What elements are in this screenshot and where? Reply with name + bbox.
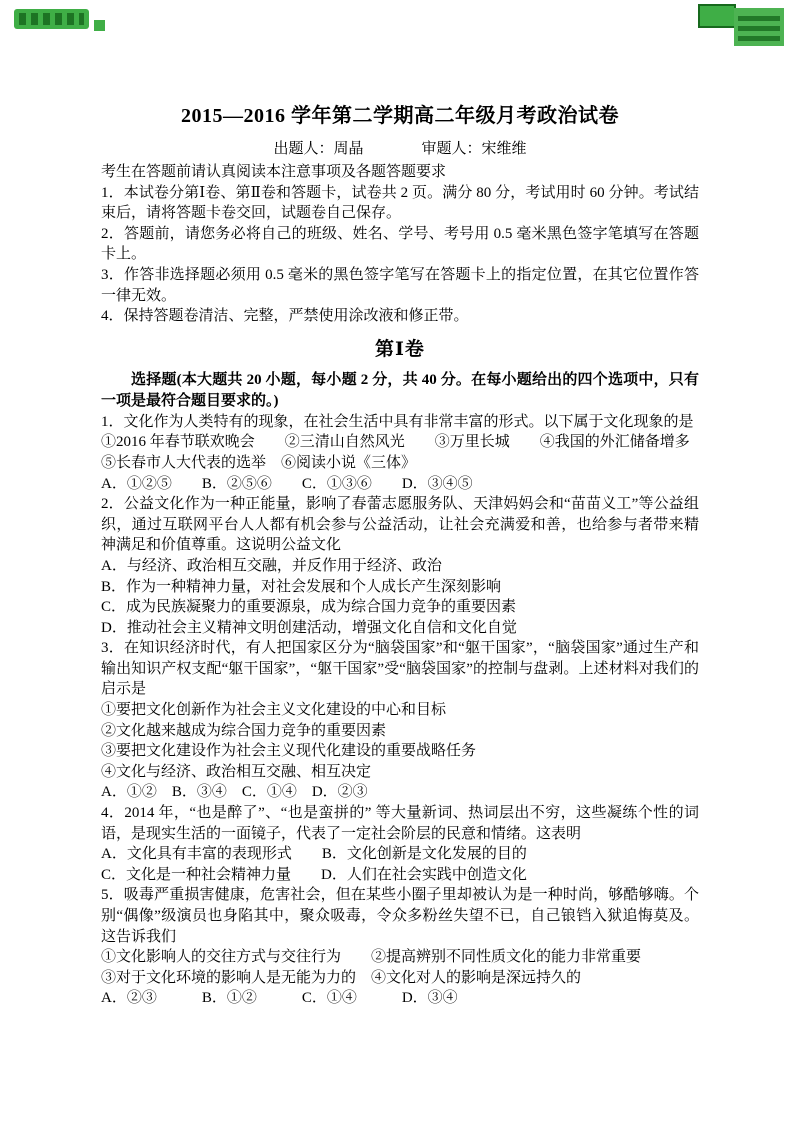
- green-watermark-right-icon: [698, 3, 784, 46]
- question-line: ③对于文化环境的影响人是无能为力的 ④文化对人的影响是深远持久的: [101, 968, 699, 989]
- question: 5．吸毒严重损害健康，危害社会，但在某些小圈子里却被认为是一种时尚，够酷够嗨。个…: [101, 885, 699, 1009]
- notice-item: 3．作答非选择题必须用 0.5 毫米的黑色签字笔写在答题卡上的指定位置，在其它位…: [101, 265, 699, 306]
- question: 2．公益文化作为一种正能量，影响了春蕾志愿服务队、天津妈妈会和“苗苗义工”等公益…: [101, 494, 699, 638]
- green-watermark-right-glyphs: [738, 13, 780, 41]
- byline-reviewer: 审题人：宋维维: [422, 141, 527, 157]
- question-line: A．文化具有丰富的表现形式 B．文化创新是文化发展的目的: [101, 844, 699, 865]
- question-line: A．①②⑤ B．②⑤⑥ C．①③⑥ D．③④⑤: [101, 474, 699, 495]
- question-line: A．①② B．③④ C．①④ D．②③: [101, 782, 699, 803]
- section-instructions: 选择题(本大题共 20 小题，每小题 2 分，共 40 分。在每小题给出的四个选…: [101, 370, 699, 412]
- notice-list: 1．本试卷分第Ⅰ卷、第Ⅱ卷和答题卡，试卷共 2 页。满分 80 分，考试用时 6…: [101, 183, 699, 327]
- notice-item: 1．本试卷分第Ⅰ卷、第Ⅱ卷和答题卡，试卷共 2 页。满分 80 分，考试用时 6…: [101, 183, 699, 224]
- question-line: D．推动社会主义精神文明创建活动，增强文化自信和文化自觉: [101, 618, 699, 639]
- green-watermark-left-icon: [14, 9, 89, 29]
- question-line: ①2016 年春节联欢晚会 ②三清山自然风光 ③万里长城 ④我国的外汇储备增多: [101, 432, 699, 453]
- green-watermark-right-stamp: [734, 8, 784, 46]
- green-watermark-dot-icon: [94, 20, 105, 31]
- question: 1．文化作为人类特有的现象，在社会生活中具有非常丰富的形式。以下属于文化现象的是…: [101, 412, 699, 494]
- exam-document-page: 2015—2016 学年第二学期高二年级月考政治试卷 出题人：周晶审题人：宋维维…: [0, 0, 794, 1123]
- question-line: ①文化影响人的交往方式与交往行为 ②提高辨别不同性质文化的能力非常重要: [101, 947, 699, 968]
- question-line: ③要把文化建设作为社会主义现代化建设的重要战略任务: [101, 741, 699, 762]
- question-line: ②文化越来越成为综合国力竞争的重要因素: [101, 721, 699, 742]
- question-line: ④文化与经济、政治相互交融、相互决定: [101, 762, 699, 783]
- notice-intro: 考生在答题前请认真阅读本注意事项及各题答题要求: [101, 162, 699, 183]
- section-heading: 第Ⅰ卷: [101, 338, 699, 362]
- question-stem: 5．吸毒严重损害健康，危害社会，但在某些小圈子里却被认为是一种时尚，够酷够嗨。个…: [101, 885, 699, 947]
- question: 3．在知识经济时代，有人把国家区分为“脑袋国家”和“躯干国家”，“脑袋国家”通过…: [101, 638, 699, 803]
- question-line: C．文化是一种社会精神力量 D．人们在社会实践中创造文化: [101, 865, 699, 886]
- byline: 出题人：周晶审题人：宋维维: [101, 139, 699, 160]
- question-list: 1．文化作为人类特有的现象，在社会生活中具有非常丰富的形式。以下属于文化现象的是…: [101, 412, 699, 1009]
- green-watermark-right-block: [698, 4, 736, 28]
- question-line: ①要把文化创新作为社会主义文化建设的中心和目标: [101, 700, 699, 721]
- notice-item: 4．保持答题卷清洁、完整，严禁使用涂改液和修正带。: [101, 306, 699, 327]
- question-stem: 4．2014 年，“也是醉了”、“也是蛮拼的” 等大量新词、热词层出不穷，这些凝…: [101, 803, 699, 844]
- question-stem: 2．公益文化作为一种正能量，影响了春蕾志愿服务队、天津妈妈会和“苗苗义工”等公益…: [101, 494, 699, 556]
- notice-item: 2．答题前，请您务必将自己的班级、姓名、学号、考号用 0.5 毫米黑色签字笔填写…: [101, 224, 699, 265]
- document-content: 2015—2016 学年第二学期高二年级月考政治试卷 出题人：周晶审题人：宋维维…: [101, 103, 699, 1009]
- question-line: ⑤长春市人大代表的选举 ⑥阅读小说《三体》: [101, 453, 699, 474]
- question-line: A．与经济、政治相互交融，并反作用于经济、政治: [101, 556, 699, 577]
- question-stem: 3．在知识经济时代，有人把国家区分为“脑袋国家”和“躯干国家”，“脑袋国家”通过…: [101, 638, 699, 700]
- question: 4．2014 年，“也是醉了”、“也是蛮拼的” 等大量新词、热词层出不穷，这些凝…: [101, 803, 699, 885]
- green-watermark-left-glyphs: [19, 13, 84, 25]
- exam-title: 2015—2016 学年第二学期高二年级月考政治试卷: [101, 103, 699, 130]
- question-line: A．②③ B．①② C．①④ D．③④: [101, 988, 699, 1009]
- question-line: B．作为一种精神力量，对社会发展和个人成长产生深刻影响: [101, 577, 699, 598]
- question-line: C．成为民族凝聚力的重要源泉，成为综合国力竞争的重要因素: [101, 597, 699, 618]
- byline-setter: 出题人：周晶: [273, 141, 363, 157]
- question-stem: 1．文化作为人类特有的现象，在社会生活中具有非常丰富的形式。以下属于文化现象的是: [101, 412, 699, 433]
